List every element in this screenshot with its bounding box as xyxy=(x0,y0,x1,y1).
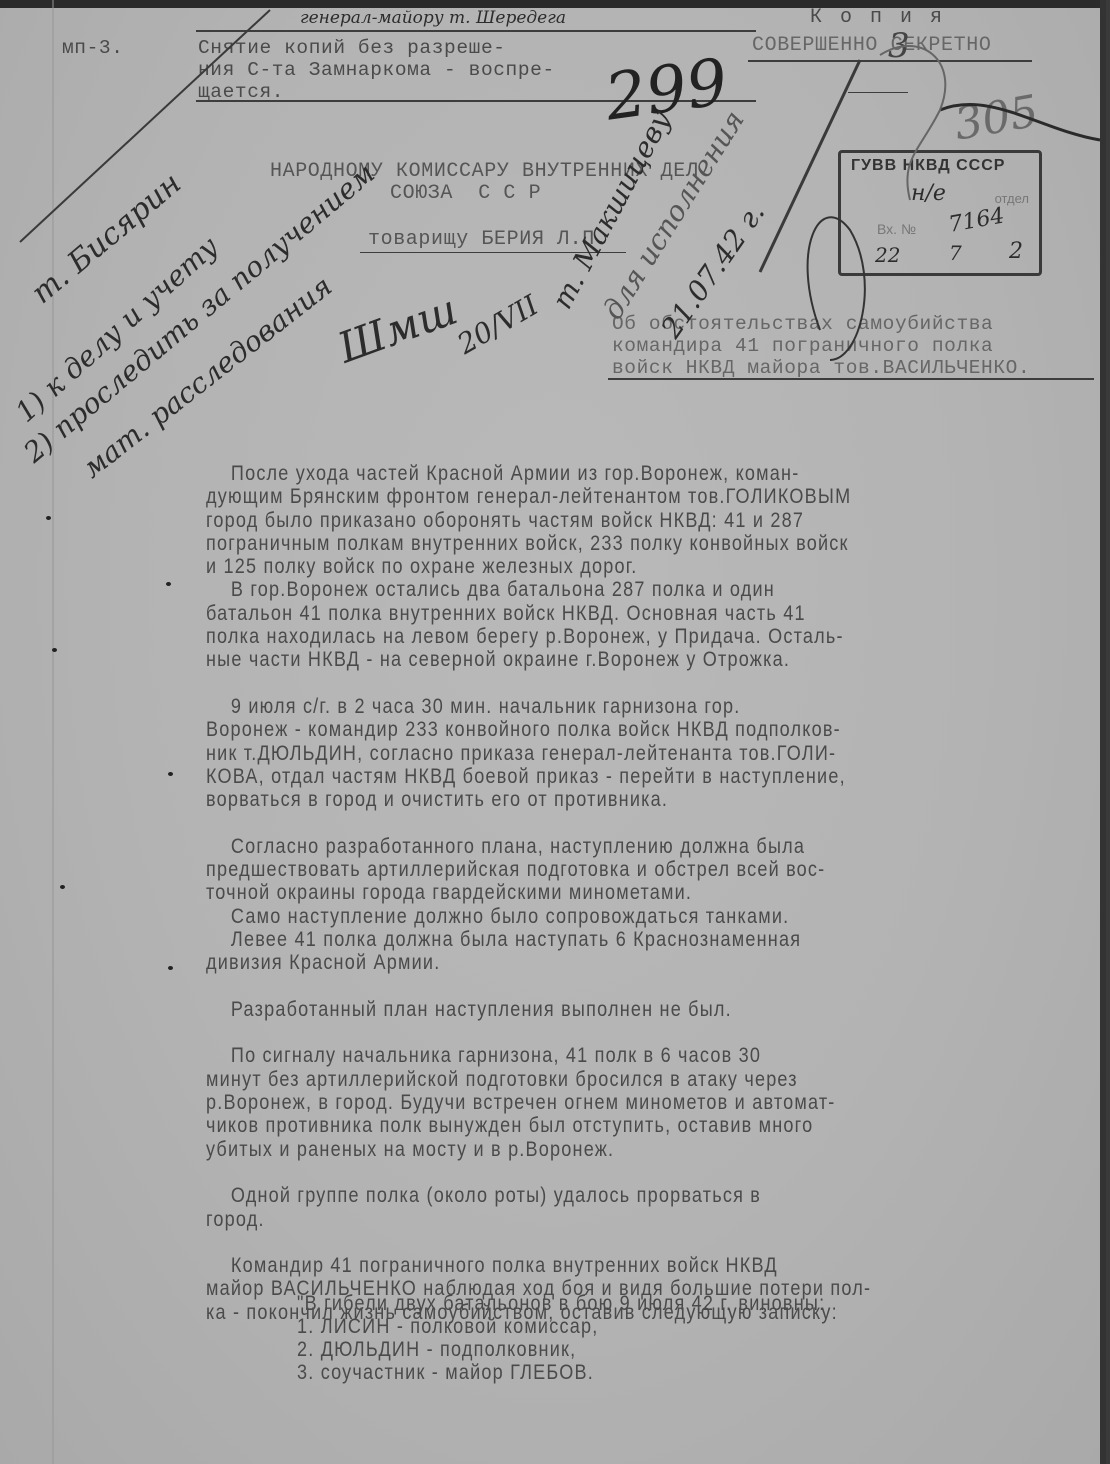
body-line: Командир 41 пограничного полка внутренни… xyxy=(206,1254,871,1277)
body-line: дивизия Красной Армии. xyxy=(206,951,871,974)
body-line: Разработанный план наступления выполнен … xyxy=(206,998,871,1021)
note-item: 3. соучастник - майор ГЛЕБОВ. xyxy=(297,1361,825,1384)
scan-speck xyxy=(168,772,173,776)
body-line: предшествовать артиллерийская подготовка… xyxy=(206,858,871,881)
body-line: ные части НКВД - на северной окраине г.В… xyxy=(206,648,871,671)
scan-speck xyxy=(46,516,51,520)
body-blank xyxy=(206,1021,871,1044)
document-page: мп-3. Снятие копий без разреше- ния С-та… xyxy=(0,0,1106,1464)
body-line: р.Воронеж, в город. Будучи встречен огне… xyxy=(206,1091,871,1114)
body-line: Согласно разработанного плана, наступлен… xyxy=(206,835,871,858)
body-line: минут без артиллерийской подготовки брос… xyxy=(206,1068,871,1091)
body-blank xyxy=(206,1161,871,1184)
scan-speck xyxy=(166,582,171,586)
body-line: город. xyxy=(206,1208,871,1231)
note-item: 2. ДЮЛЬДИН - подполковник, xyxy=(297,1338,825,1361)
note-intro: "В гибели двух батальонов в бою 9 июля 4… xyxy=(297,1292,825,1315)
scan-speck xyxy=(60,885,65,889)
body-line: убитых и раненых на мосту и в р.Воронеж. xyxy=(206,1138,871,1161)
body-blank xyxy=(206,975,871,998)
suicide-note: "В гибели двух батальонов в бою 9 июля 4… xyxy=(297,1292,911,1384)
body-line: батальон 41 полка внутренних войск НКВД.… xyxy=(206,602,871,625)
body-blank xyxy=(206,811,871,834)
body-line: чиков противника полк вынужден был отсту… xyxy=(206,1114,871,1137)
body-line: полка находилась на левом берегу р.Ворон… xyxy=(206,625,871,648)
body-blank xyxy=(206,1231,871,1254)
note-item: 1. ЛИСИН - полковой комиссар, xyxy=(297,1315,825,1338)
body-line: Само наступление должно было сопровождат… xyxy=(206,905,871,928)
body-line: Воронеж - командир 233 конвойного полка … xyxy=(206,718,871,741)
handwriting-strokes xyxy=(0,0,1106,600)
body-line: ворваться в город и очистить его от прот… xyxy=(206,788,871,811)
body-blank xyxy=(206,672,871,695)
scan-speck xyxy=(168,966,173,970)
body-line: точной окраины города гвардейскими мином… xyxy=(206,881,871,904)
body-line: Одной группе полка (около роты) удалось … xyxy=(206,1184,871,1207)
body-line: КОВА, отдал частям НКВД боевой приказ - … xyxy=(206,765,871,788)
body-line: 9 июля с/г. в 2 часа 30 мин. начальник г… xyxy=(206,695,871,718)
body-line: Левее 41 полка должна была наступать 6 К… xyxy=(206,928,871,951)
scan-speck xyxy=(52,648,57,652)
body-line: По сигналу начальника гарнизона, 41 полк… xyxy=(206,1044,871,1067)
body-line: ник т.ДЮЛЬДИН, согласно приказа генерал-… xyxy=(206,742,871,765)
